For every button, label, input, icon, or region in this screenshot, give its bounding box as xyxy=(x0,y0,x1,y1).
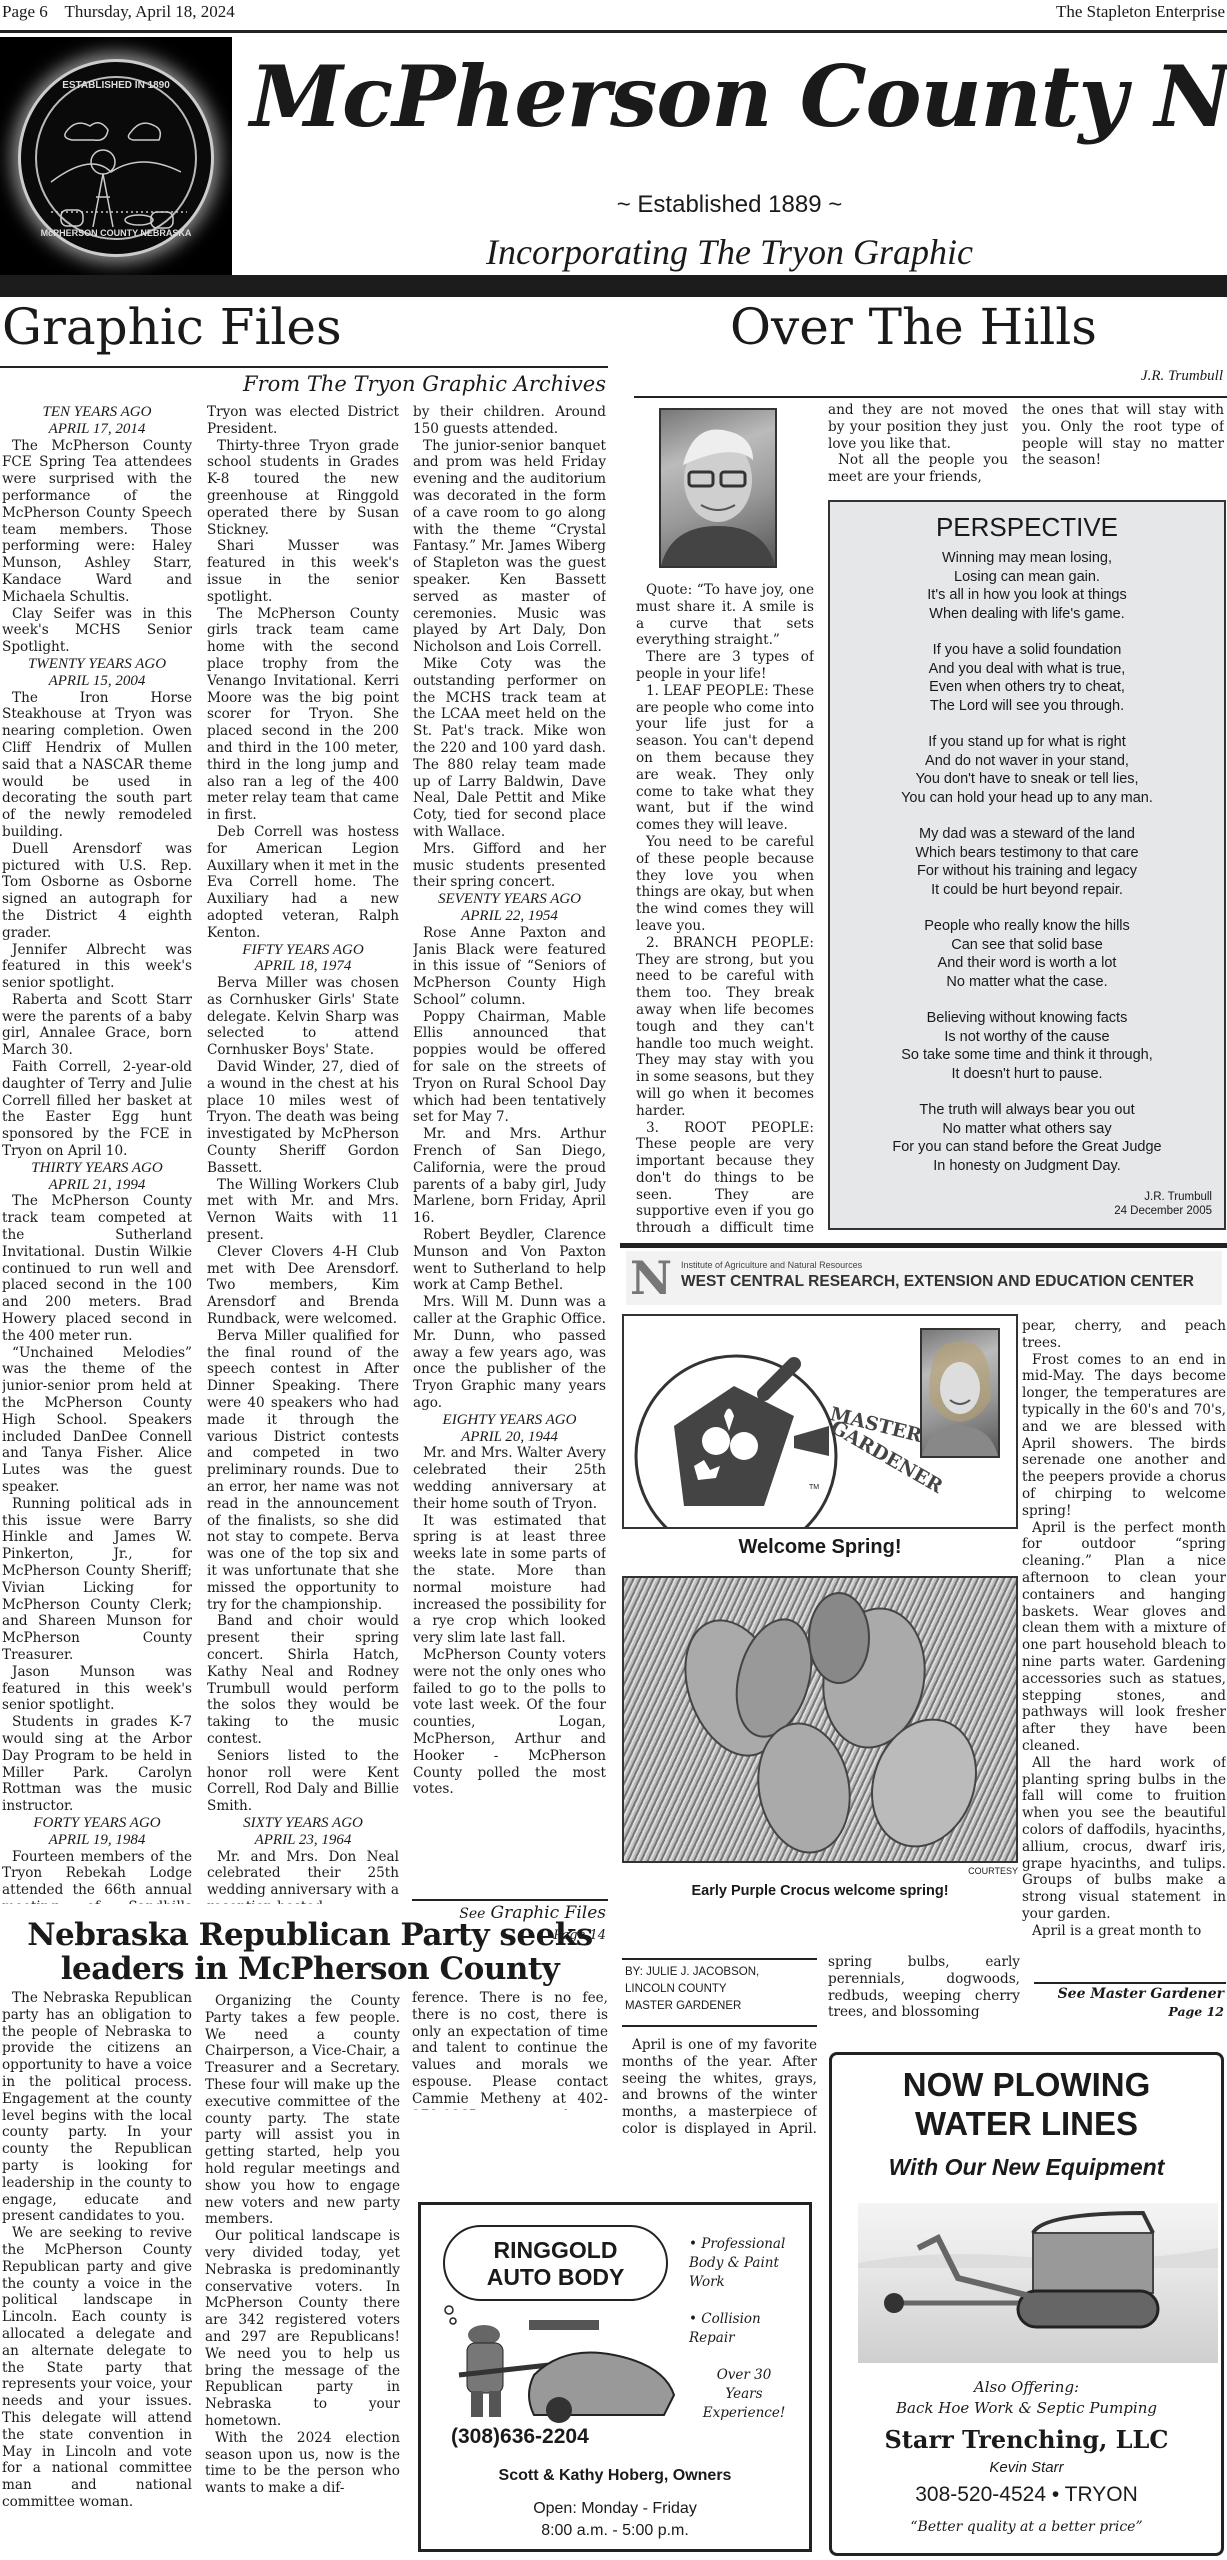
poem-date: 24 December 2005 xyxy=(1114,1204,1212,1218)
bulldozer-trencher-icon xyxy=(858,2203,1218,2363)
article-paragraph: ference. There is no fee, there is no co… xyxy=(412,1990,608,2110)
poem-title: PERSPECTIVE xyxy=(830,512,1224,543)
columnist-photo xyxy=(659,408,777,568)
archive-date-heading: EIGHTY YEARS AGO xyxy=(413,1412,606,1429)
masthead: ESTABLISHED IN 1890 McPHERSON COUNTY NEB… xyxy=(0,37,1227,275)
masthead-bar xyxy=(0,275,1227,297)
article-paragraph: Tryon was elected District President. xyxy=(207,404,399,438)
ad-subhead: With Our New Equipment xyxy=(832,2154,1221,2181)
headline-line-1: Nebraska Republican Party seeks xyxy=(0,1918,620,1952)
article-paragraph: Our political landscape is very divided … xyxy=(205,2228,400,2430)
republican-column-3: ference. There is no fee, there is no co… xyxy=(412,1990,608,2110)
master-gardener-jump[interactable]: See Master Gardener Page 12 xyxy=(1020,1986,1224,2020)
article-paragraph: April is a great month to xyxy=(1022,1923,1226,1940)
republican-headline: Nebraska Republican Party seeks leaders … xyxy=(0,1918,620,1986)
republican-column-1: The Nebraska Republican party has an obl… xyxy=(2,1990,192,2560)
article-paragraph: With the 2024 election season upon us, n… xyxy=(205,2430,400,2497)
article-paragraph: Fourteen members of the Tryon Rebekah Lo… xyxy=(2,1849,192,1904)
jump-page: Page 12 xyxy=(1020,2003,1224,2020)
archive-date-heading: APRIL 19, 1984 xyxy=(2,1832,192,1849)
article-paragraph: Poppy Chairman, Mable Ellis announced th… xyxy=(413,1009,606,1127)
poem-stanza: People who really know the hills Can see… xyxy=(830,917,1224,991)
article-paragraph: The junior-senior banquet and prom was h… xyxy=(413,438,606,656)
headline-line-2: leaders in McPherson County xyxy=(0,1952,620,1986)
article-byline: BY: JULIE J. JACOBSON, LINCOLN COUNTY MA… xyxy=(625,1964,815,2015)
services-list: • Professional Body & Paint Work • Colli… xyxy=(689,2235,809,2423)
over-the-hills-column-1: Quote: “To have joy, one must share it. … xyxy=(636,582,814,1232)
page-header: Page 6 Thursday, April 18, 2024 The Stap… xyxy=(0,0,1227,30)
article-paragraph: Running political ads in this issue were… xyxy=(2,1496,192,1664)
article-paragraph: by their children. Around 150 guests att… xyxy=(413,404,606,438)
graphic-files-title: Graphic Files xyxy=(2,302,342,352)
archive-date-heading: FIFTY YEARS AGO xyxy=(207,942,399,959)
article-paragraph: The Iron Horse Steakhouse at Tryon was n… xyxy=(2,690,192,841)
poem-signature: J.R. Trumbull 24 December 2005 xyxy=(1114,1190,1212,1218)
byline-line: MASTER GARDENER xyxy=(625,1998,815,2015)
article-paragraph: Seniors listed to the honor roll were Ke… xyxy=(207,1748,399,1815)
article-paragraph: Quote: “To have joy, one must share it. … xyxy=(636,582,814,649)
over-the-hills-column-3: the ones that will stay with you. Only t… xyxy=(1022,402,1224,492)
article-paragraph: Mr. and Mrs. Arthur French of San Diego,… xyxy=(413,1126,606,1227)
archive-date-heading: APRIL 18, 1974 xyxy=(207,958,399,975)
article-paragraph: David Winder, 27, died of a wound in the… xyxy=(207,1059,399,1177)
byline-rule-bottom xyxy=(622,2025,817,2027)
graphic-files-column-1: TEN YEARS AGOAPRIL 17, 2014The McPherson… xyxy=(2,404,192,1904)
section-rule xyxy=(634,396,1227,398)
article-paragraph: Mr. and Mrs. Walter Avery celebrated the… xyxy=(413,1445,606,1512)
mechanic-car-cartoon-icon xyxy=(439,2305,679,2425)
ad-also-offering: Also Offering: Back Hoe Work & Septic Pu… xyxy=(832,2377,1221,2419)
article-paragraph: Clay Seifer was in this week's MCHS Seni… xyxy=(2,606,192,656)
trencher-photo xyxy=(858,2203,1218,2363)
article-paragraph: Rose Anne Paxton and Janis Black were fe… xyxy=(413,925,606,1009)
center-name: WEST CENTRAL RESEARCH, EXTENSION AND EDU… xyxy=(681,1273,1194,1291)
article-paragraph: It was estimated that spring is at least… xyxy=(413,1513,606,1647)
publication-name: The Stapleton Enterprise xyxy=(1056,2,1225,22)
archive-date-heading: TWENTY YEARS AGO xyxy=(2,656,192,673)
article-paragraph: spring bulbs, early perennials, dogwoods… xyxy=(828,1954,1020,2021)
archive-date-heading: APRIL 15, 2004 xyxy=(2,673,192,690)
trademark-symbol: TM xyxy=(809,1484,819,1491)
welcome-spring-headline: Welcome Spring! xyxy=(622,1536,1018,1559)
article-paragraph: Shari Musser was featured in this week's… xyxy=(207,538,399,605)
article-paragraph: There are 3 types of people in your life… xyxy=(636,649,814,683)
article-paragraph: Deb Correll was hostess for American Leg… xyxy=(207,824,399,942)
master-gardener-logo-box: MASTER GARDENER TM xyxy=(622,1314,1018,1529)
graphic-files-column-2: Tryon was elected District President.Thi… xyxy=(207,404,399,1904)
article-paragraph: Berva Miller was chosen as Cornhusker Gi… xyxy=(207,975,399,1059)
article-paragraph: We are seeking to revive the McPherson C… xyxy=(2,2225,192,2511)
ringgold-auto-body-ad[interactable]: RINGGOLD AUTO BODY (308)636-2204 • Profe… xyxy=(418,2202,812,2552)
graphic-files-subtitle: From The Tryon Graphic Archives xyxy=(200,372,606,396)
over-the-hills-title: Over The Hills xyxy=(730,302,1097,352)
poem-stanza: If you stand up for what is right And do… xyxy=(830,733,1224,807)
service-item: • Professional Body & Paint Work xyxy=(689,2235,809,2292)
starr-trenching-ad[interactable]: NOW PLOWING WATER LINES With Our New Equ… xyxy=(829,2052,1224,2556)
poem-stanza: If you have a solid foundation And you d… xyxy=(830,641,1224,715)
ad-contact-name: Kevin Starr xyxy=(832,2459,1221,2476)
section-rule xyxy=(0,366,608,368)
established-line: ~ Established 1889 ~ xyxy=(232,191,1227,219)
page-number-date: Page 6 Thursday, April 18, 2024 xyxy=(2,2,235,22)
article-paragraph: The McPherson County FCE Spring Tea atte… xyxy=(2,438,192,606)
incorporating-line: Incorporating The Tryon Graphic xyxy=(232,231,1227,273)
article-paragraph: Duell Arensdorf was pictured with U.S. R… xyxy=(2,841,192,942)
archive-date-heading: APRIL 21, 1994 xyxy=(2,1177,192,1194)
article-paragraph: Faith Correll, 2-year-old daughter of Te… xyxy=(2,1059,192,1160)
archive-date-heading: APRIL 23, 1964 xyxy=(207,1832,399,1849)
ad-phone[interactable]: (308)636-2204 xyxy=(451,2425,589,2449)
article-paragraph: Not all the people you meet are your fri… xyxy=(828,452,1008,486)
article-paragraph: the ones that will stay with you. Only t… xyxy=(1022,402,1224,469)
perspective-poem-box: PERSPECTIVE Winning may mean losing, Los… xyxy=(828,500,1226,1230)
jump-rule xyxy=(412,1899,608,1901)
poem-stanza: My dad was a steward of the land Which b… xyxy=(830,825,1224,899)
poem-stanza: Believing without knowing facts Is not w… xyxy=(830,1009,1224,1083)
article-paragraph: Thirty-three Tryon grade school students… xyxy=(207,438,399,539)
archive-date-heading: APRIL 17, 2014 xyxy=(2,421,192,438)
article-paragraph: Students in grades K-7 would sing at the… xyxy=(2,1714,192,1815)
jump-rule xyxy=(1034,1982,1226,1984)
poem-stanza: The truth will always bear you out No ma… xyxy=(830,1101,1224,1175)
article-paragraph: The McPherson County girls track team ca… xyxy=(207,606,399,824)
byline-line: BY: JULIE J. JACOBSON, xyxy=(625,1964,815,1981)
master-gardener-column-a: April is one of my favorite months of th… xyxy=(622,2037,817,2137)
article-paragraph: April is one of my favorite months of th… xyxy=(622,2037,817,2137)
article-paragraph: Jennifer Albrecht was featured in this w… xyxy=(2,942,192,992)
master-gardener-column-c: pear, cherry, and peach trees.Frost come… xyxy=(1022,1318,1226,1978)
experience-note: Over 30 Years Experience! xyxy=(689,2366,809,2423)
person-portrait-icon xyxy=(922,1330,998,1456)
article-paragraph: Organizing the County Party takes a few … xyxy=(205,1993,400,2228)
article-paragraph: Band and choir would present their sprin… xyxy=(207,1613,399,1747)
ad-company-name: Starr Trenching, LLC xyxy=(832,2425,1221,2454)
archive-date-heading: FORTY YEARS AGO xyxy=(2,1815,192,1832)
jump-see: See Master Gardener xyxy=(1020,1986,1224,2003)
archive-date-heading: APRIL 20, 1944 xyxy=(413,1429,606,1446)
article-paragraph: Raberta and Scott Starr were the parents… xyxy=(2,992,192,1059)
ad-phone-location[interactable]: 308-520-4524 • TRYON xyxy=(832,2483,1221,2507)
article-paragraph: 2. BRANCH PEOPLE: They are strong, but y… xyxy=(636,935,814,1120)
ad-hours: Open: Monday - Friday 8:00 a.m. - 5:00 p… xyxy=(421,2498,809,2542)
article-paragraph: Clever Clovers 4-H Club met with Dee Are… xyxy=(207,1244,399,1328)
graphic-files-column-3: by their children. Around 150 guests att… xyxy=(413,404,606,1894)
poem-stanza: Winning may mean losing, Losing can mean… xyxy=(830,549,1224,623)
nebraska-n-logo: N xyxy=(630,1253,672,1303)
article-paragraph: All the hard work of planting spring bul… xyxy=(1022,1755,1226,1923)
article-paragraph: “Unchained Melodies” was the theme of th… xyxy=(2,1345,192,1496)
crocus-flowers-icon xyxy=(624,1578,1018,1863)
byline-line: LINCOLN COUNTY xyxy=(625,1981,815,1998)
article-paragraph: The McPherson County track team competed… xyxy=(2,1193,192,1344)
section-divider xyxy=(620,1243,1227,1248)
archive-date-heading: TEN YEARS AGO xyxy=(2,404,192,421)
ad-headline: NOW PLOWING WATER LINES xyxy=(832,2065,1221,2143)
crocus-photo xyxy=(622,1576,1018,1863)
republican-column-2: Organizing the County Party takes a few … xyxy=(205,1993,400,2560)
article-paragraph: Robert Beydler, Clarence Munson and Von … xyxy=(413,1227,606,1294)
article-paragraph: April is the perfect month for outdoor “… xyxy=(1022,1520,1226,1755)
article-paragraph: The Willing Workers Club met with Mr. an… xyxy=(207,1177,399,1244)
header-rule xyxy=(0,30,1227,33)
article-paragraph: Jason Munson was featured in this week's… xyxy=(2,1664,192,1714)
seal-bottom-text: McPHERSON COUNTY NEBRASKA xyxy=(21,228,211,238)
article-paragraph: 3. ROOT PEOPLE: These people are very im… xyxy=(636,1120,814,1233)
master-gardener-column-b: spring bulbs, early perennials, dogwoods… xyxy=(828,1954,1020,2026)
article-paragraph: McPherson County voters were not the onl… xyxy=(413,1647,606,1798)
archive-date-heading: APRIL 22, 1954 xyxy=(413,908,606,925)
columnist-byline: J.R. Trumbull xyxy=(1141,368,1223,385)
person-portrait-icon xyxy=(661,410,775,566)
article-paragraph: 1. LEAF PEOPLE: These are people who com… xyxy=(636,683,814,834)
article-paragraph: Mrs. Gifford and her music students pres… xyxy=(413,841,606,891)
article-paragraph: You need to be careful of these people b… xyxy=(636,834,814,935)
article-paragraph: The Nebraska Republican party has an obl… xyxy=(2,1990,192,2225)
article-paragraph: Mr. and Mrs. Don Neal celebrated their 2… xyxy=(207,1849,399,1904)
ad-owners: Scott & Kathy Hoberg, Owners xyxy=(421,2467,809,2485)
extension-banner: N Institute of Agriculture and Natural R… xyxy=(626,1251,1222,1305)
business-name-line-1: RINGGOLD xyxy=(445,2237,666,2264)
newspaper-title: McPherson County News xyxy=(250,47,1227,146)
business-name-bubble: RINGGOLD AUTO BODY xyxy=(443,2225,668,2301)
business-name-line-2: AUTO BODY xyxy=(445,2264,666,2291)
byline-rule-top xyxy=(622,1958,817,1960)
over-the-hills-column-2: and they are not moved by your position … xyxy=(828,402,1008,492)
article-paragraph: Mrs. Will M. Dunn was a caller at the Gr… xyxy=(413,1294,606,1412)
poem-author: J.R. Trumbull xyxy=(1114,1190,1212,1204)
article-paragraph: Berva Miller qualified for the final rou… xyxy=(207,1328,399,1614)
archive-date-heading: SEVENTY YEARS AGO xyxy=(413,891,606,908)
article-paragraph: pear, cherry, and peach trees. xyxy=(1022,1318,1226,1352)
archive-date-heading: SIXTY YEARS AGO xyxy=(207,1815,399,1832)
poem-stanzas: Winning may mean losing, Losing can mean… xyxy=(830,549,1224,1175)
service-item: • Collision Repair xyxy=(689,2310,809,2348)
photo-caption: Early Purple Crocus welcome spring! xyxy=(622,1883,1018,1899)
photo-credit: COURTESY xyxy=(622,1866,1018,1876)
author-photo xyxy=(920,1328,1000,1458)
article-paragraph: and they are not moved by your position … xyxy=(828,402,1008,452)
article-paragraph: Frost comes to an end in mid-May. The da… xyxy=(1022,1352,1226,1520)
county-seal-logo: ESTABLISHED IN 1890 McPHERSON COUNTY NEB… xyxy=(0,37,232,275)
ad-slogan: “Better quality at a better price” xyxy=(832,2519,1221,2535)
archive-date-heading: THIRTY YEARS AGO xyxy=(2,1160,192,1177)
article-paragraph: Mike Coty was the outstanding performer … xyxy=(413,656,606,841)
institute-name: Institute of Agriculture and Natural Res… xyxy=(681,1260,862,1270)
